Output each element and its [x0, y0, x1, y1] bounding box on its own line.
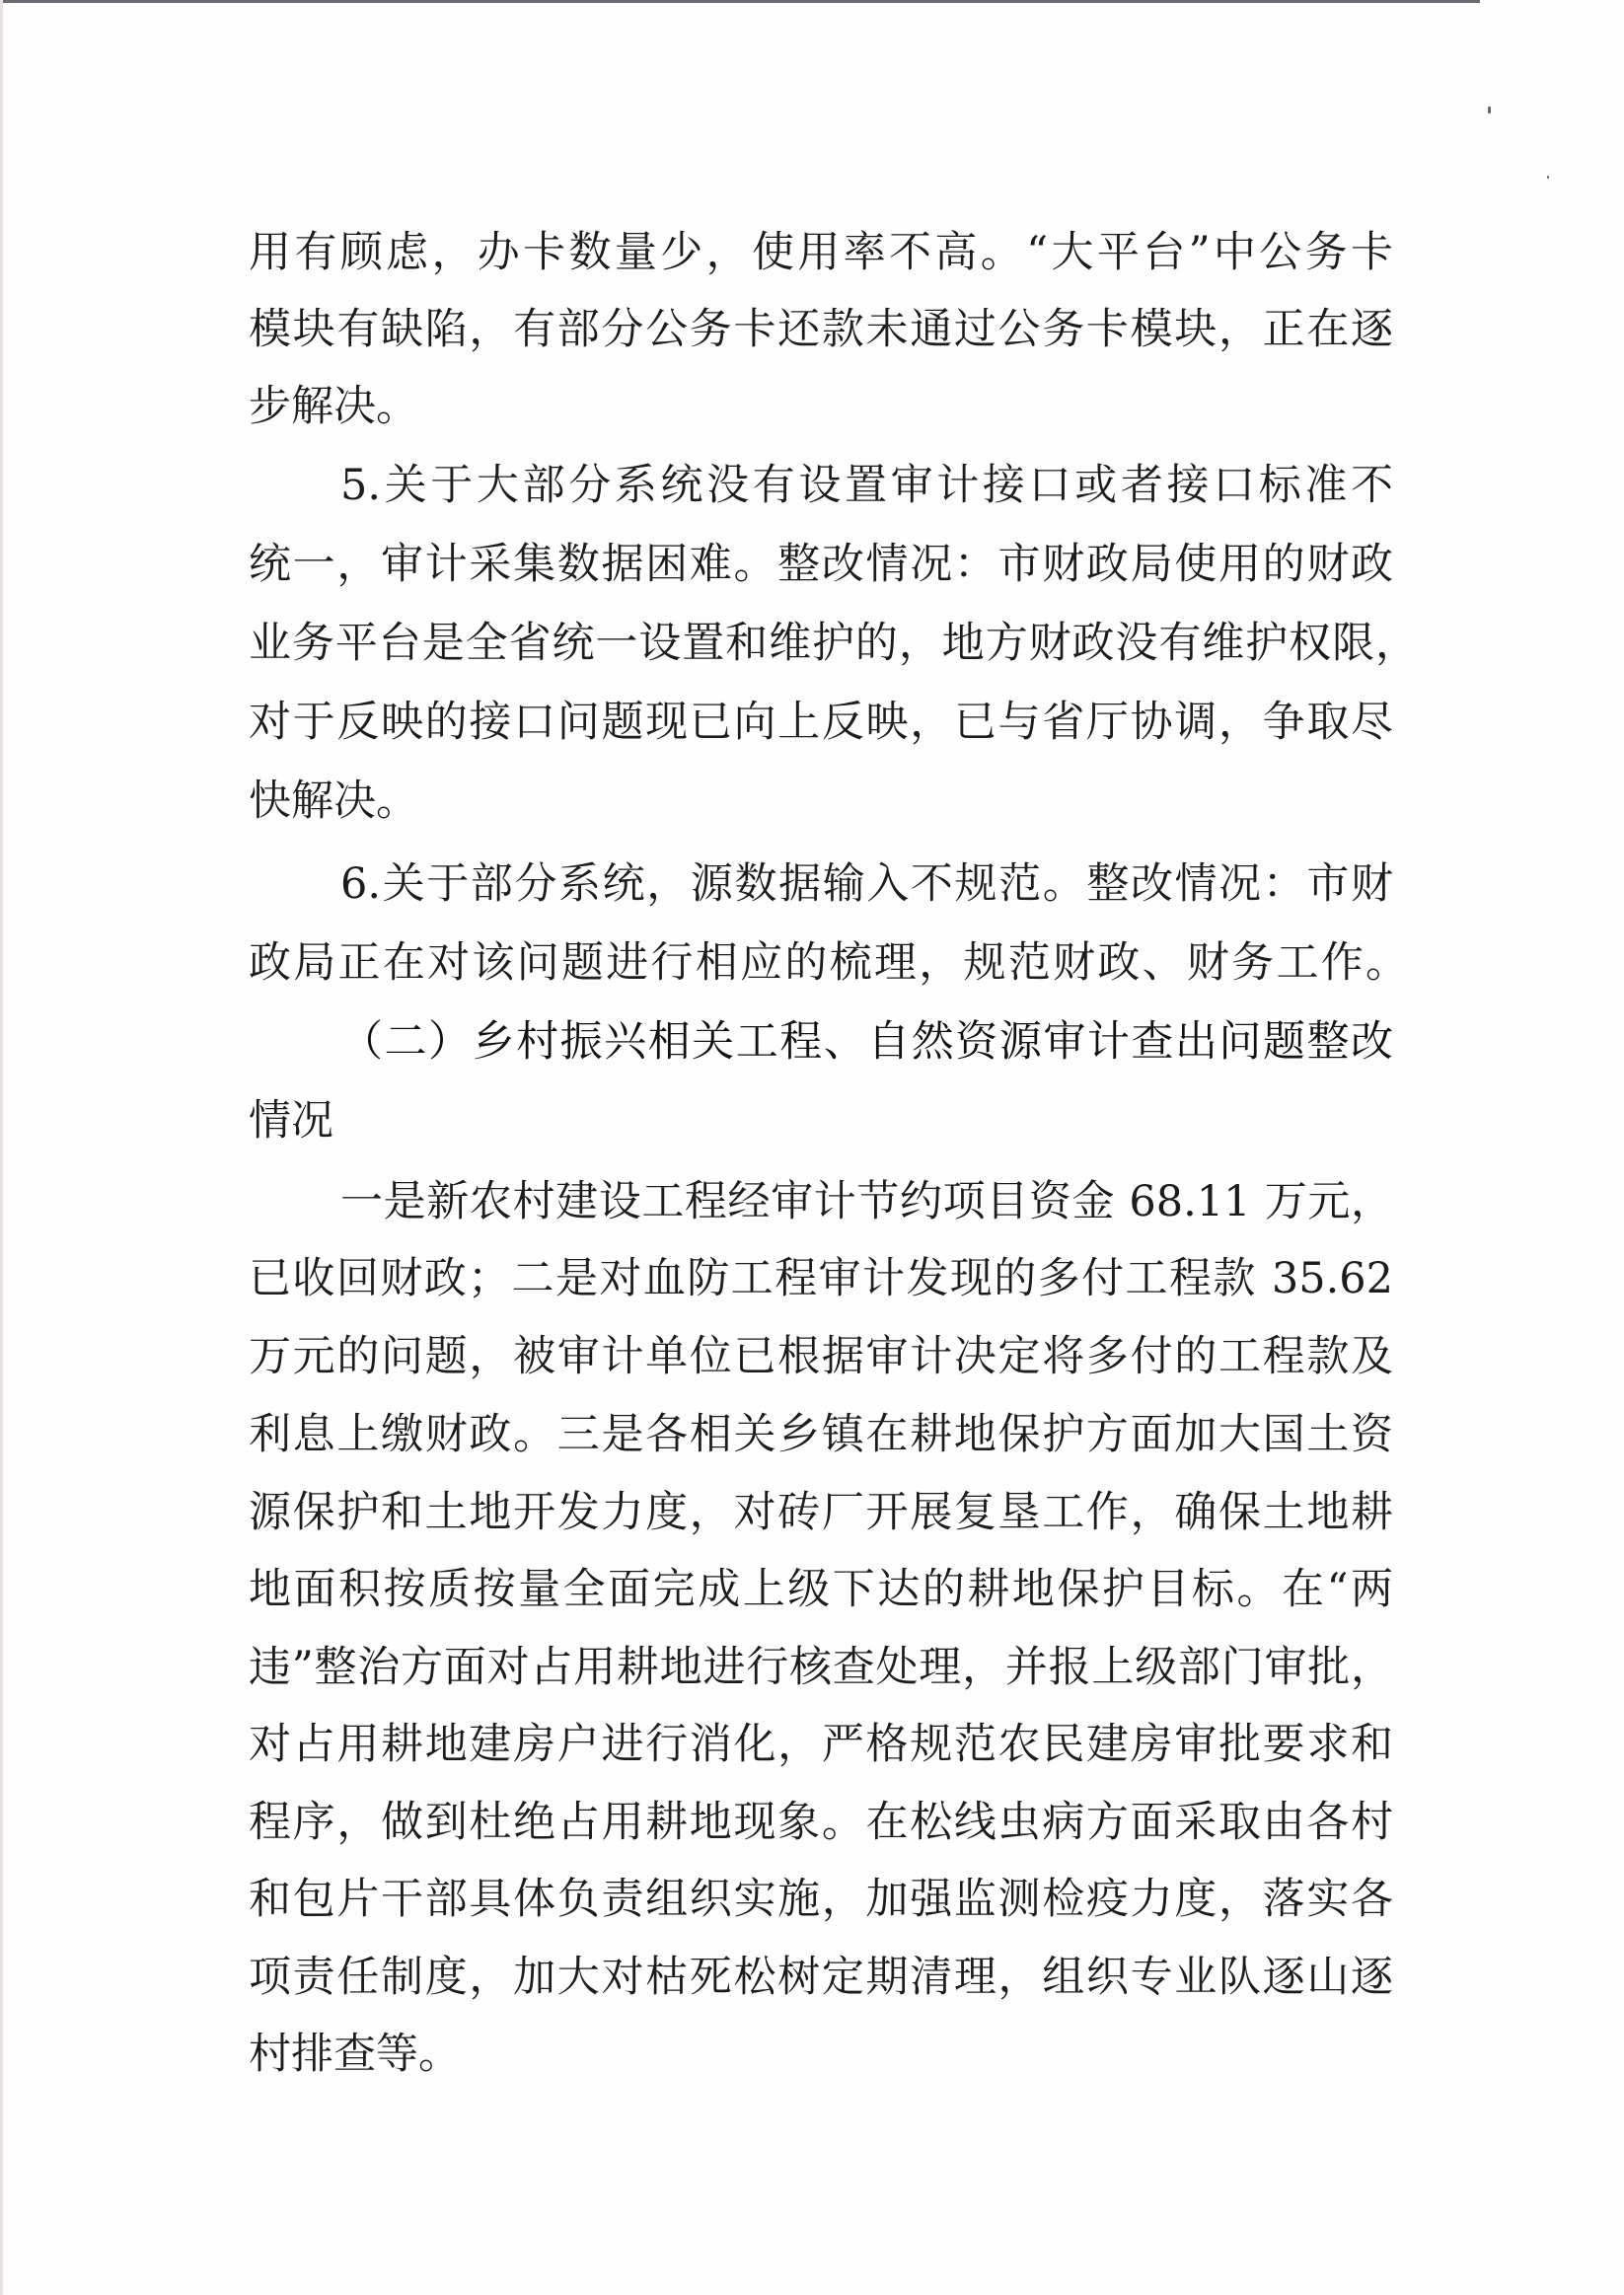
paragraph-line: 对占用耕地建房户进行消化，严格规范农民建房审批要求和 [249, 1715, 1393, 1774]
paragraph-line: 村排查等。 [249, 2025, 1393, 2084]
paragraph-line: 统一，审计采集数据困难。整改情况：市财政局使用的财政 [249, 535, 1393, 594]
paragraph-line: 地面积按质按量全面完成上级下达的耕地保护目标。在“两 [249, 1560, 1393, 1619]
section-heading: （二）乡村振兴相关工程、自然资源审计查出问题整改 [340, 1012, 1393, 1072]
paragraph-line: 程序，做到杜绝占用耕地现象。在松线虫病方面采取由各村 [249, 1793, 1393, 1852]
paragraph-line: 利息上缴财政。三是各相关乡镇在耕地保护方面加大国土资 [249, 1405, 1393, 1464]
paragraph-line: 模块有缺陷，有部分公务卡还款未通过公务卡模块，正在逐 [249, 300, 1393, 359]
paragraph-line: 万元的问题，被审计单位已根据审计决定将多付的工程款及 [249, 1327, 1393, 1386]
paragraph-line: 步解决。 [249, 377, 1393, 436]
paragraph-line: 用有顾虑，办卡数量少，使用率不高。“大平台”中公务卡 [249, 223, 1393, 282]
scan-speck [1547, 176, 1549, 179]
paragraph-line: 5.关于大部分系统没有设置审计接口或者接口标准不 [340, 456, 1393, 515]
paragraph-line: 政局正在对该问题进行相应的梳理，规范财政、财务工作。 [249, 933, 1408, 993]
paragraph-line: 源保护和土地开发力度，对砖厂开展复垦工作，确保土地耕 [249, 1483, 1393, 1542]
paragraph-line: 业务平台是全省统一设置和维护的，地方财政没有维护权限， [249, 614, 1418, 673]
paragraph-line: 对于反映的接口问题现已向上反映，已与省厅协调，争取尽 [249, 693, 1393, 752]
paragraph-line: 6.关于部分系统，源数据输入不规范。整改情况：市财 [340, 854, 1393, 914]
paragraph-line: 违”整治方面对占用耕地进行核查处理，并报上级部门审批， [249, 1638, 1393, 1697]
section-heading: 情况 [249, 1091, 1393, 1150]
paragraph-line: 项责任制度，加大对枯死松树定期清理，组织专业队逐山逐 [249, 1948, 1393, 2007]
paragraph-line: 一是新农村建设工程经审计节约项目资金 68.11 万元， [340, 1172, 1393, 1231]
scan-speck [1488, 107, 1491, 113]
scan-left-edge [0, 0, 3, 2295]
paragraph-line: 已收回财政；二是对血防工程审计发现的多付工程款 35.62 [249, 1249, 1393, 1308]
scan-top-edge [0, 0, 1480, 3]
paragraph-line: 快解决。 [249, 772, 1393, 831]
scanned-document-page: 用有顾虑，办卡数量少，使用率不高。“大平台”中公务卡 模块有缺陷，有部分公务卡还… [0, 0, 1624, 2295]
paragraph-line: 和包片干部具体负责组织实施，加强监测检疫力度，落实各 [249, 1870, 1393, 1929]
